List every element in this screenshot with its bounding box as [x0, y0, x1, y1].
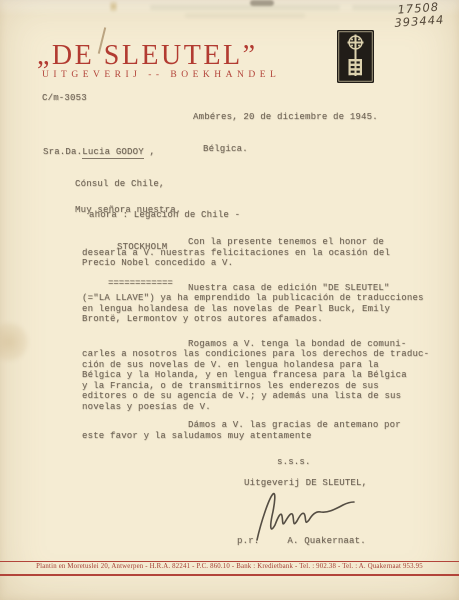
- per-procuration-line: p.r.A. Quakernaat.: [237, 536, 366, 547]
- per-abbrev: p.r.: [237, 536, 259, 546]
- paragraph-translation-request: Rogamos a V. tenga la bondad de comuni- …: [82, 339, 450, 413]
- signing-company: Uitgeverij DE SLEUTEL,: [244, 478, 367, 489]
- signer-name: A. Quakernaat.: [287, 536, 365, 546]
- company-subtitle: UITGEVERIJ -- BOEKHANDEL: [42, 70, 280, 80]
- paper-stain: [0, 323, 28, 361]
- recipient-suffix: ,: [144, 147, 155, 157]
- archive-number-2: 393444: [394, 13, 445, 29]
- footer-contact-line: Plantin en Moretuslei 20, Antwerpen - H.…: [0, 563, 459, 570]
- company-name: „DE SLEUTEL”: [37, 40, 258, 72]
- stain-drip: [110, 1, 117, 12]
- signature-icon: [250, 490, 360, 542]
- bleed-through-mark: [185, 13, 305, 18]
- paragraph-congratulations: Con la presente tenemos el honor de dese…: [82, 237, 450, 269]
- paragraph-closing-thanks: Dámos a V. las gracias de antemano por e…: [82, 420, 450, 441]
- recipient-name-line: Sra.Da.Lucia GODOY ,: [43, 147, 240, 158]
- signoff-block: s.s.s. Uitgeverij DE SLEUTEL, p.r.A. Qua…: [0, 450, 459, 560]
- letter-body: Con la presente tenemos el honor de dese…: [82, 237, 450, 441]
- recipient-title: Cónsul de Chile,: [43, 179, 240, 190]
- bleed-through-mark: [150, 5, 340, 10]
- scanned-letter-page: 17508 393444 „DE SLEUTEL” UITGEVERIJ -- …: [0, 0, 459, 600]
- reference-code: C/m-3053: [42, 93, 87, 104]
- handwritten-archive-numbers: 17508 393444: [397, 0, 445, 29]
- footer-rule-top: [0, 561, 459, 562]
- ink-smudge: [250, 0, 274, 6]
- key-emblem-icon: [337, 30, 374, 83]
- recipient-prefix: Sra.Da.: [43, 147, 82, 157]
- recipient-name: Lucia GODOY: [82, 147, 144, 159]
- date-place: Ambéres, 20 de diciembre de 1945.: [193, 112, 378, 123]
- footer-rule-bottom: [0, 574, 459, 576]
- paragraph-publisher-intro: Nuestra casa de edición "DE SLEUTEL" (="…: [82, 283, 450, 325]
- salutation: Muy señora nuestra,: [75, 205, 181, 216]
- courtesy-formula: s.s.s.: [277, 457, 311, 468]
